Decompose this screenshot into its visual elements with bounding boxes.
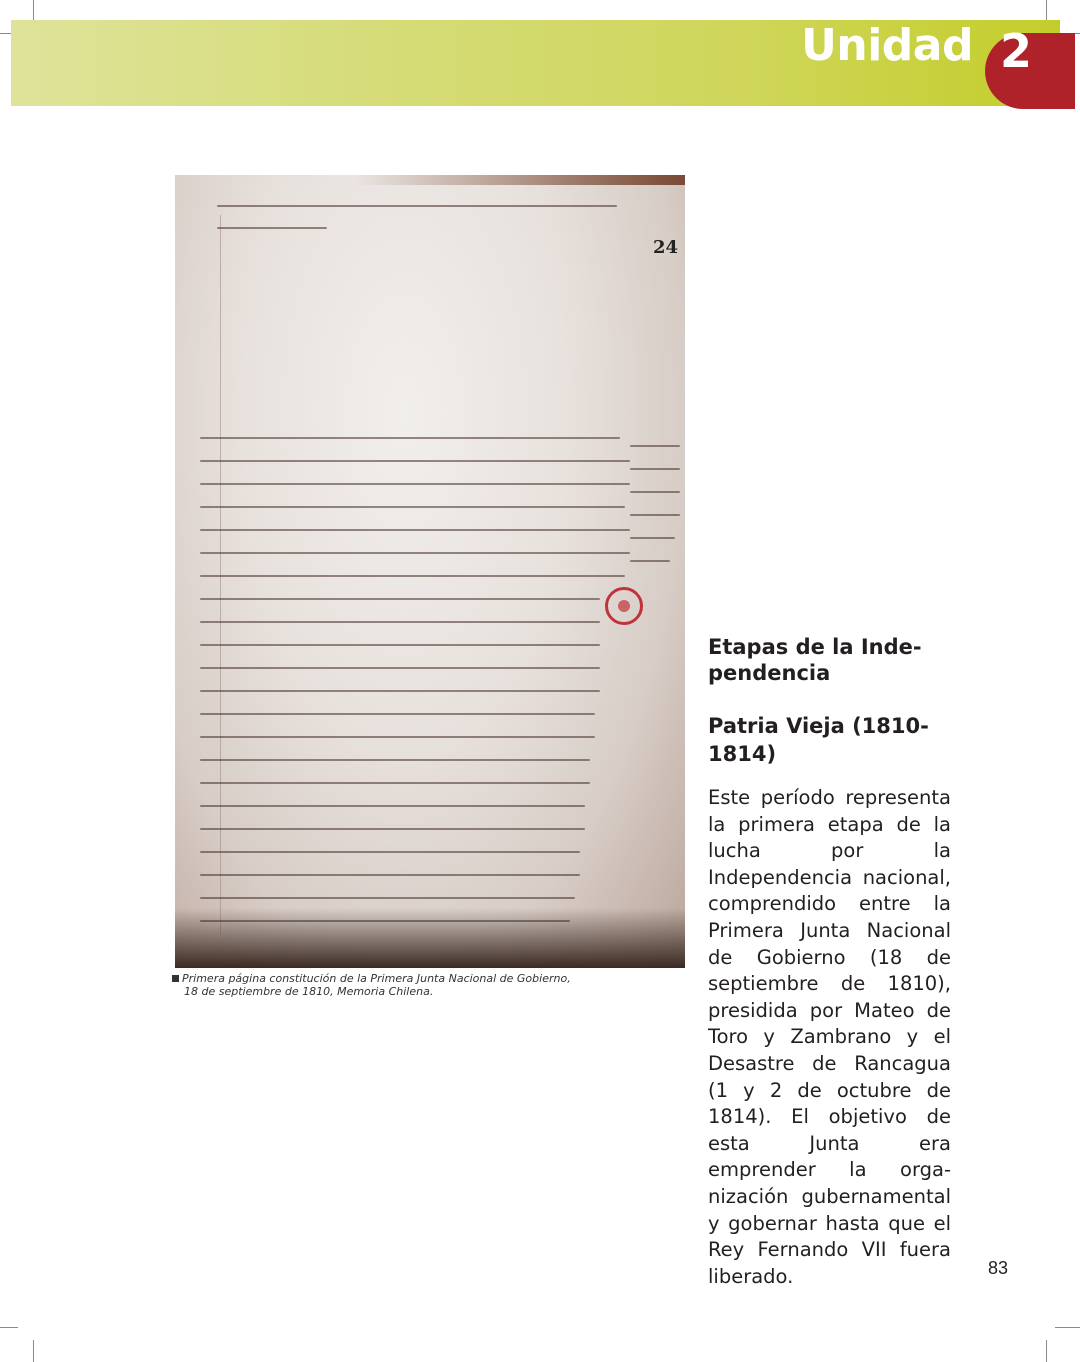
unit-number: 2	[1000, 28, 1032, 74]
handwriting-line	[200, 529, 630, 531]
handwriting-margin-note	[630, 445, 680, 447]
photo-edge	[355, 175, 685, 185]
page-number: 83	[988, 1258, 1008, 1279]
handwriting-line	[200, 575, 625, 577]
crop-mark	[1046, 0, 1047, 20]
archive-stamp-icon	[605, 587, 643, 625]
caption-line-2: 18 de septiembre de 1810, Memoria Chilen…	[172, 985, 622, 998]
handwriting-line	[200, 690, 600, 692]
body-paragraph: Este período representa la primera etapa…	[708, 785, 951, 1290]
handwriting-line	[200, 598, 600, 600]
handwriting-line	[200, 759, 590, 761]
handwriting-line	[200, 644, 600, 646]
handwriting-line	[200, 506, 625, 508]
caption-line-1: Primera página constitución de la Primer…	[182, 972, 571, 985]
folio-number: 24	[653, 237, 678, 258]
crop-mark	[33, 0, 34, 20]
handwriting-line	[200, 621, 600, 623]
handwriting-line	[200, 552, 630, 554]
handwriting-margin-note	[630, 514, 680, 516]
handwriting-line	[217, 205, 617, 207]
crop-mark	[1046, 1340, 1047, 1362]
handwriting-margin-note	[630, 491, 680, 493]
handwriting-line	[200, 805, 585, 807]
unit-label: Unidad	[801, 24, 973, 68]
handwriting-line	[200, 667, 600, 669]
handwriting-line	[200, 897, 575, 899]
figure-caption: Primera página constitución de la Primer…	[172, 972, 622, 998]
handwriting-line	[200, 713, 595, 715]
handwriting-line	[200, 851, 580, 853]
crop-mark	[0, 1327, 18, 1328]
manuscript-photo: 24	[175, 175, 685, 968]
handwriting-margin-note	[630, 560, 670, 562]
handwriting-line	[200, 828, 585, 830]
handwriting-line	[217, 227, 327, 229]
handwriting-line	[200, 874, 580, 876]
photo-shadow	[175, 908, 685, 968]
handwriting-line	[200, 483, 630, 485]
section-subtitle: Patria Vieja (1810- 1814)	[708, 712, 958, 768]
handwriting-line	[200, 736, 595, 738]
crop-mark	[33, 1340, 34, 1362]
handwriting-margin-note	[630, 468, 680, 470]
bullet-square-icon	[172, 975, 179, 982]
crop-mark	[1055, 1327, 1080, 1328]
handwriting-line	[200, 460, 630, 462]
handwriting-line	[200, 437, 620, 439]
handwriting-margin-note	[630, 537, 675, 539]
section-title: Etapas de la Inde- pendencia	[708, 634, 958, 686]
handwriting-line	[200, 782, 590, 784]
